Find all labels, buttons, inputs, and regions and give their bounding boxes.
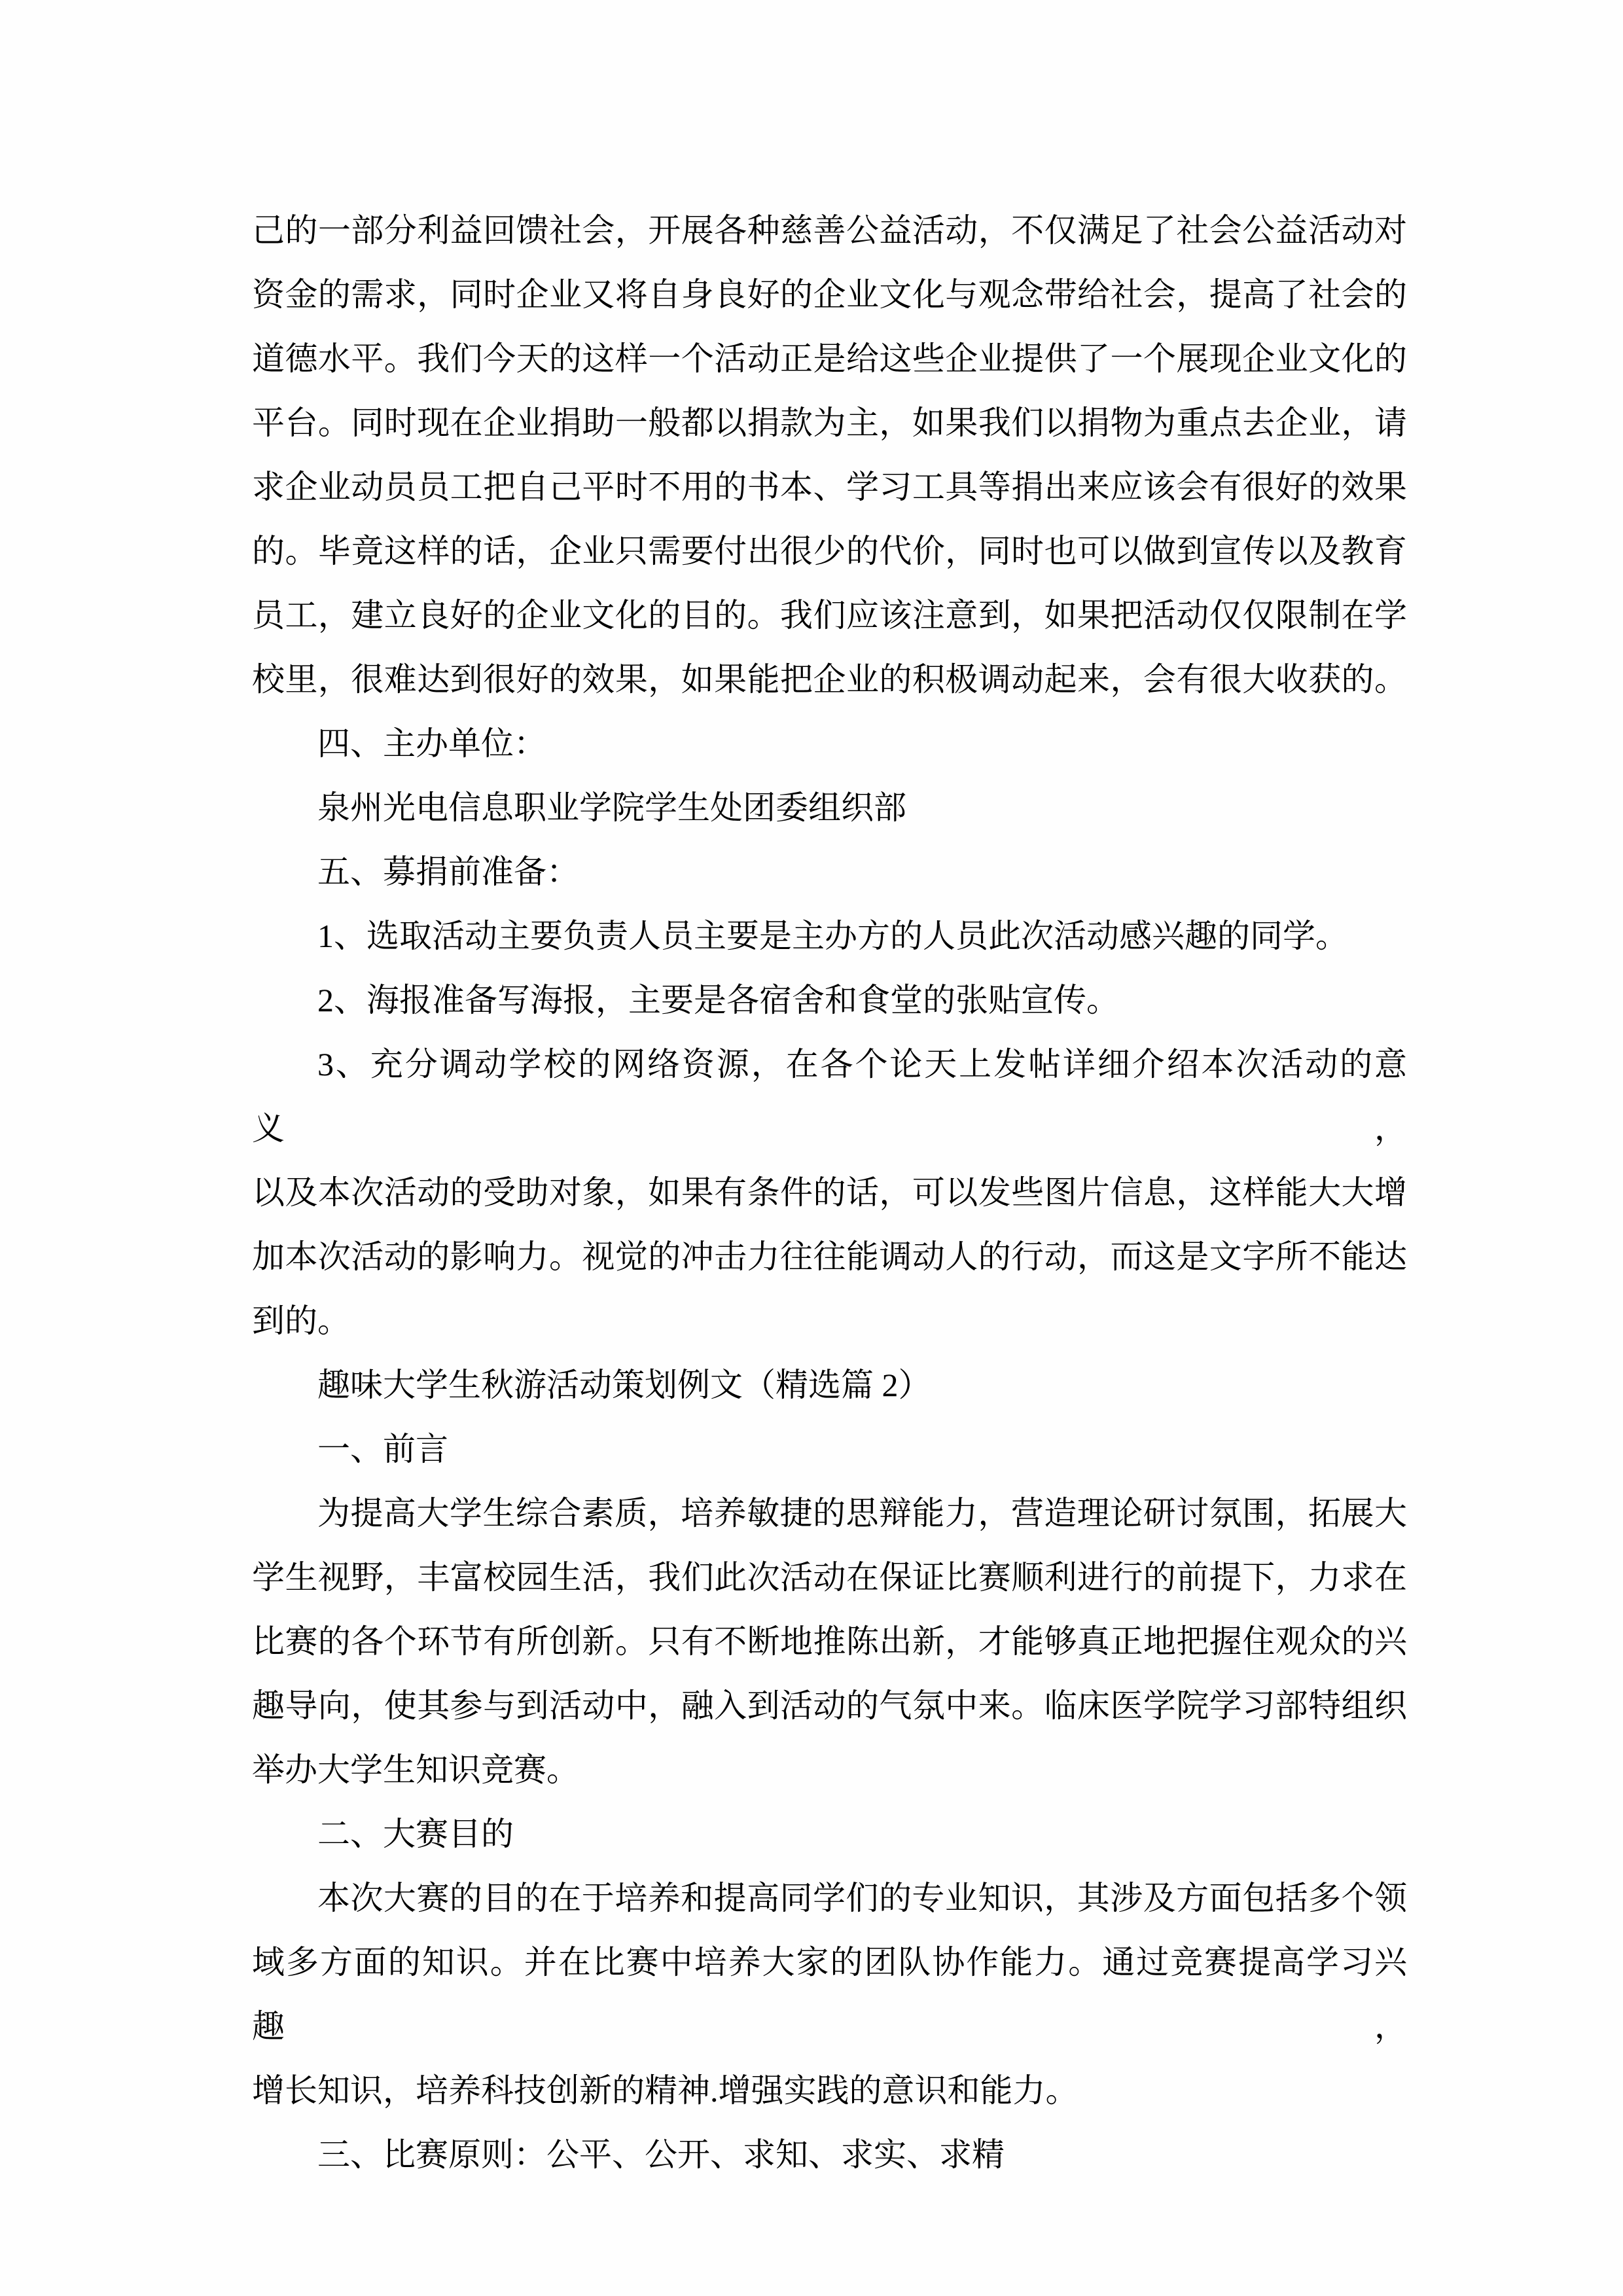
text-line: 己的一部分利益回馈社会，开展各种慈善公益活动，不仅满足了社会公益活动对	[252, 198, 1407, 262]
text-line: 比赛的各个环节有所创新。只有不断地推陈出新，才能够真正地把握住观众的兴	[252, 1609, 1407, 1674]
text-line: 资金的需求，同时企业又将自身良好的企业文化与观念带给社会，提高了社会的	[252, 262, 1407, 327]
text-line: 域多方面的知识。并在比赛中培养大家的团队协作能力。通过竞赛提高学习兴趣，	[252, 1930, 1407, 2058]
text-line: 加本次活动的影响力。视觉的冲击力往往能调动人的行动，而这是文字所不能达	[252, 1225, 1407, 1289]
section-heading: 三、比赛原则：公平、公开、求知、求实、求精	[252, 2123, 1407, 2187]
section-heading: 一、前言	[252, 1417, 1407, 1481]
text-line: 求企业动员员工把自己平时不用的书本、学习工具等捐出来应该会有很好的效果	[252, 455, 1407, 519]
text-line: 员工，建立良好的企业文化的目的。我们应该注意到，如果把活动仅仅限制在学	[252, 583, 1407, 647]
article-title: 趣味大学生秋游活动策划例文（精选篇 2）	[252, 1353, 1407, 1417]
document-page: 己的一部分利益回馈社会，开展各种慈善公益活动，不仅满足了社会公益活动对 资金的需…	[0, 0, 1623, 2296]
list-item: 1、选取活动主要负责人员主要是主办方的人员此次活动感兴趣的同学。	[252, 904, 1407, 968]
text-line: 增长知识，培养科技创新的精神.增强实践的意识和能力。	[252, 2058, 1407, 2123]
text-block: 己的一部分利益回馈社会，开展各种慈善公益活动，不仅满足了社会公益活动对 资金的需…	[252, 198, 1407, 2187]
list-item: 3、充分调动学校的网络资源，在各个论天上发帖详细介绍本次活动的意义，	[252, 1032, 1407, 1160]
text-line: 泉州光电信息职业学院学生处团委组织部	[252, 776, 1407, 840]
text-line: 道德水平。我们今天的这样一个活动正是给这些企业提供了一个展现企业文化的	[252, 327, 1407, 391]
text-line: 以及本次活动的受助对象，如果有条件的话，可以发些图片信息，这样能大大增	[252, 1160, 1407, 1225]
section-heading: 二、大赛目的	[252, 1802, 1407, 1866]
text-line: 本次大赛的目的在于培养和提高同学们的专业知识，其涉及方面包括多个领	[252, 1866, 1407, 1930]
text-line: 学生视野，丰富校园生活，我们此次活动在保证比赛顺利进行的前提下，力求在	[252, 1545, 1407, 1609]
text-line: 校里，很难达到很好的效果，如果能把企业的积极调动起来，会有很大收获的。	[252, 647, 1407, 711]
text-line: 平台。同时现在企业捐助一般都以捐款为主，如果我们以捐物为重点去企业，请	[252, 391, 1407, 455]
text-line: 到的。	[252, 1289, 1407, 1353]
section-heading: 五、募捐前准备：	[252, 840, 1407, 904]
section-heading: 四、主办单位：	[252, 711, 1407, 776]
text-line: 为提高大学生综合素质，培养敏捷的思辩能力，营造理论研讨氛围，拓展大	[252, 1481, 1407, 1545]
text-line: 举办大学生知识竞赛。	[252, 1738, 1407, 1802]
text-line: 趣导向，使其参与到活动中，融入到活动的气氛中来。临床医学院学习部特组织	[252, 1674, 1407, 1738]
text-line: 的。毕竟这样的话，企业只需要付出很少的代价，同时也可以做到宣传以及教育	[252, 519, 1407, 583]
list-item: 2、海报准备写海报，主要是各宿舍和食堂的张贴宣传。	[252, 968, 1407, 1032]
